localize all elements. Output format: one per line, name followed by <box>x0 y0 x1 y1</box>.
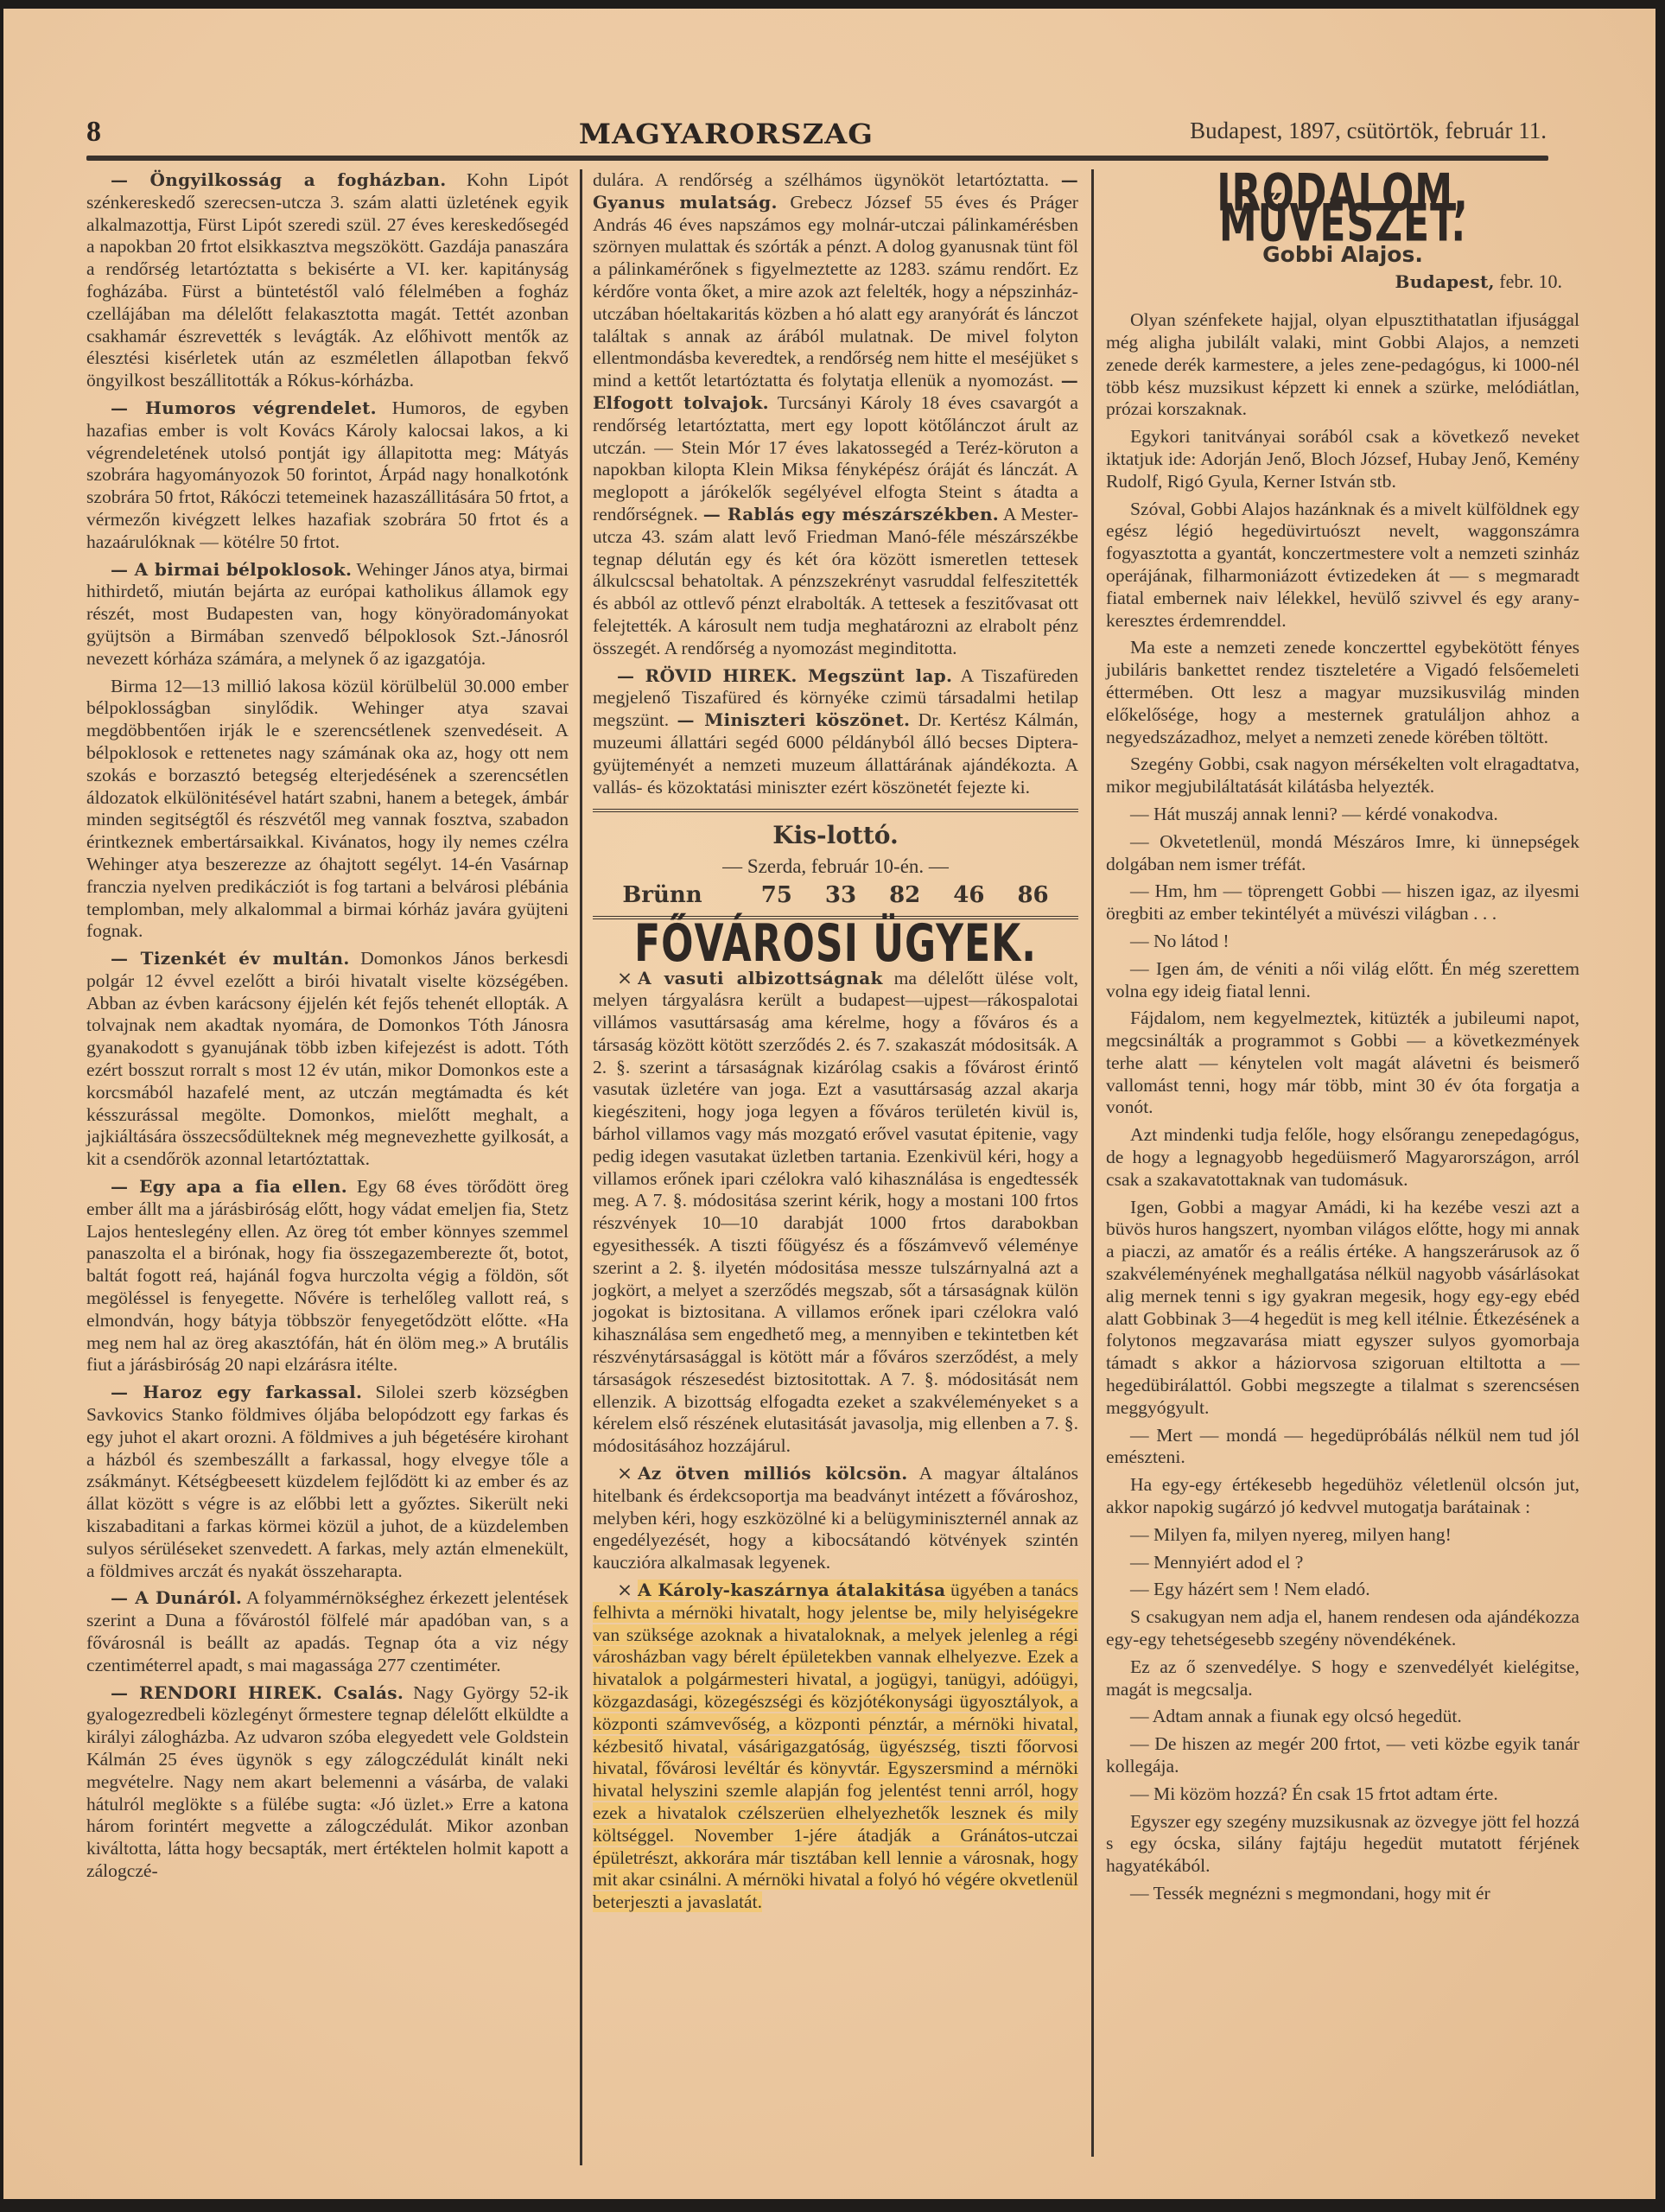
lottery-number: 82 <box>889 885 920 907</box>
article-continuation: dulára. A rendőrség a szélhámos ügynököt… <box>593 169 1078 660</box>
dialogue-line: — Mennyiért adod el ? <box>1106 1552 1579 1574</box>
article: — Egy apa a fia ellen. Egy 68 éves törőd… <box>86 1176 569 1376</box>
article-body: ma délelőtt ülése volt, melyen tárgyalás… <box>593 968 1078 1457</box>
article-headline: Az ötven milliós kölcsön. <box>638 1463 907 1484</box>
paragraph: Szóval, Gobbi Alajos hazánknak és a mive… <box>1106 499 1579 632</box>
article-headline: A Károly-kaszárnya átalakitása <box>638 1580 945 1600</box>
article: — Öngyilkosság a fogházban. Kohn Lipót s… <box>86 169 569 392</box>
dialogue-line: — De hiszen az megér 200 frtot, — veti k… <box>1106 1733 1579 1778</box>
cross-marker-icon: × <box>617 1580 632 1601</box>
article-headline: — A Dunáról. <box>111 1587 242 1608</box>
left-column: — Öngyilkosság a fogházban. Kohn Lipót s… <box>86 169 569 1888</box>
masthead: 8 MAGYARORSZAG Budapest, 1897, csütörtök… <box>86 111 1547 154</box>
paragraph: Ha egy-egy értékesebb hegedühöz véletlen… <box>1106 1474 1579 1519</box>
city-item: ×A vasuti albizottságnak ma délelőtt ülé… <box>593 968 1078 1459</box>
column-divider-2 <box>1091 169 1094 2157</box>
dateline-date: febr. 10. <box>1499 270 1562 292</box>
dialogue-line: — No látod ! <box>1106 931 1579 953</box>
lottery-title: Kis-lottó. <box>593 824 1078 847</box>
paragraph: Azt mindenki tudja felőle, hogy elsőrang… <box>1106 1124 1579 1191</box>
paragraph: Ez az ő szenvedélye. S hogy e szenvedély… <box>1106 1656 1579 1701</box>
dialogue-line: — Milyen fa, milyen nyereg, milyen hang! <box>1106 1524 1579 1547</box>
article-body: Humoros, de egyben hazafias ember is vol… <box>86 397 569 552</box>
issue-dateline: Budapest, 1897, csütörtök, február 11. <box>1190 118 1547 144</box>
paragraph: Egyszer egy szegény muzsikusnak az özveg… <box>1106 1811 1579 1878</box>
lottery-results: Kis-lottó. — Szerda, február 10-én. — Br… <box>593 809 1078 918</box>
article: — A Dunáról. A folyammérnökséghez érkeze… <box>86 1587 569 1676</box>
lottery-number: 46 <box>953 885 984 907</box>
article-headline: — Haroz egy farkassal. <box>111 1382 362 1402</box>
article: — Tizenkét év multán. Domonkos János ber… <box>86 948 569 1171</box>
newspaper-title: MAGYARORSZAG <box>579 118 874 150</box>
paragraph: S csakugyan nem adja el, hanem rendesen … <box>1106 1606 1579 1651</box>
page-number: 8 <box>86 116 101 149</box>
article-headline: — Miniszteri köszönet. <box>677 709 911 730</box>
right-column: IRODALOM, MŰVÉSZET. Gobbi Alajos. Budape… <box>1106 169 1579 1910</box>
article-body: ügyében a tanács felhivta a mérnöki hiva… <box>593 1580 1078 1912</box>
article-headline: — Rablás egy mészárszékben. <box>703 504 999 524</box>
section-heading-city-affairs: FŐVÁROSI ÜGYEK. <box>593 929 1078 959</box>
dialogue-line: — Adtam annak a fiunak egy olcsó hegedüt… <box>1106 1706 1579 1728</box>
dialogue-line: — Tessék megnézni s megmondani, hogy mit… <box>1106 1883 1579 1905</box>
cross-marker-icon: × <box>617 968 632 989</box>
paragraph: Igen, Gobbi a magyar Amádi, ki ha kezébe… <box>1106 1197 1579 1420</box>
article-headline: — Egy apa a fia ellen. <box>111 1176 347 1197</box>
article-headline: — RENDORI HIREK. Csalás. <box>111 1682 404 1703</box>
article-headline: — A birmai bélpoklosok. <box>111 559 352 580</box>
masthead-rule <box>86 156 1548 161</box>
article: — RÖVID HIREK. Megszünt lap. A Tiszafüre… <box>593 665 1078 799</box>
article-headline: — Humoros végrendelet. <box>111 397 377 418</box>
article-headline: — Tizenkét év multán. <box>111 948 350 969</box>
lottery-city: Brünn <box>622 885 702 907</box>
lottery-numbers-row: Brünn 75 33 82 46 86 <box>593 885 1078 907</box>
dialogue-line: — Mert — mondá — hegedüpróbálás nélkül n… <box>1106 1425 1579 1470</box>
article: — Haroz egy farkassal. Silolei szerb köz… <box>86 1382 569 1582</box>
highlighted-passage: A Károly-kaszárnya átalakitása ügyében a… <box>593 1580 1078 1912</box>
paragraph: Fájdalom, nem kegyelmeztek, kitüzték a j… <box>1106 1007 1579 1119</box>
article-body: Silolei szerb községben Savkovics Stanko… <box>86 1382 569 1580</box>
paragraph: Szegény Gobbi, csak nagyon mérsékelten v… <box>1106 753 1579 798</box>
column-divider-1 <box>580 169 582 2165</box>
city-item-highlighted: ×A Károly-kaszárnya átalakitása ügyében … <box>593 1580 1078 1914</box>
paragraph: Olyan szénfekete hajjal, olyan elpusztit… <box>1106 309 1579 421</box>
lottery-number: 75 <box>761 885 792 907</box>
dialogue-line: — Egy házért sem ! Nem eladó. <box>1106 1579 1579 1601</box>
article-body: Kohn Lipót szénkereskedő szerecsen-utcza… <box>86 169 569 391</box>
article-body: Domonkos János berkesdi polgár 12 évvel … <box>86 948 569 1169</box>
article-headline: — Öngyilkosság a fogházban. <box>111 169 447 190</box>
article-body: Grebecz József 55 éves és Práger András … <box>593 192 1078 391</box>
cross-marker-icon: × <box>617 1463 632 1484</box>
city-item: ×Az ötven milliós kölcsön. A magyar álta… <box>593 1463 1078 1574</box>
dialogue-line: — Okvetetlenül, mondá Mészáros Imre, ki … <box>1106 831 1579 876</box>
dateline-place: Budapest, <box>1395 271 1495 292</box>
section-heading-literature-art: IRODALOM, MŰVÉSZET. <box>1106 179 1579 239</box>
lottery-number: 86 <box>1017 885 1048 907</box>
article: — RENDORI HIREK. Csalás. Nagy György 52-… <box>86 1682 569 1883</box>
continuation-text: dulára. A rendőrség a szélhámos ügynököt… <box>593 169 1049 190</box>
article-body: Nagy György 52-ik gyalogezredbeli közleg… <box>86 1682 569 1881</box>
dialogue-line: — Igen ám, de véniti a női világ előtt. … <box>1106 958 1579 1003</box>
article: — A birmai bélpoklosok. Wehinger János a… <box>86 559 569 671</box>
paragraph: Egykori tanitványai sorából csak a követ… <box>1106 426 1579 493</box>
dialogue-line: — Hát muszáj annak lenni? — kérdé vonako… <box>1106 804 1579 826</box>
lottery-number: 33 <box>825 885 856 907</box>
paragraph: Ma este a nemzeti zenede konczerttel egy… <box>1106 637 1579 748</box>
lottery-date: — Szerda, február 10-én. — <box>593 855 1078 878</box>
dialogue-line: — Mi közöm hozzá? Én csak 15 frtot adtam… <box>1106 1783 1579 1806</box>
dialogue-line: — Hm, hm — töprengett Gobbi — hiszen iga… <box>1106 880 1579 925</box>
article-headline: — RÖVID HIREK. Megszünt lap. <box>617 665 952 686</box>
middle-column: dulára. A rendőrség a szélhámos ügynököt… <box>593 169 1078 1919</box>
article-body: A Mester-utcza 43. szám alatt levő Fried… <box>593 504 1078 658</box>
article-dateline: Budapest, febr. 10. <box>1106 270 1562 294</box>
article-body: Egy 68 éves törődött öreg ember állt ma … <box>86 1176 569 1375</box>
article-paragraph: Birma 12—13 millió lakosa közül körülbel… <box>86 676 569 944</box>
article: — Humoros végrendelet. Humoros, de egybe… <box>86 397 569 554</box>
newspaper-page: 8 MAGYARORSZAG Budapest, 1897, csütörtök… <box>3 9 1655 2199</box>
